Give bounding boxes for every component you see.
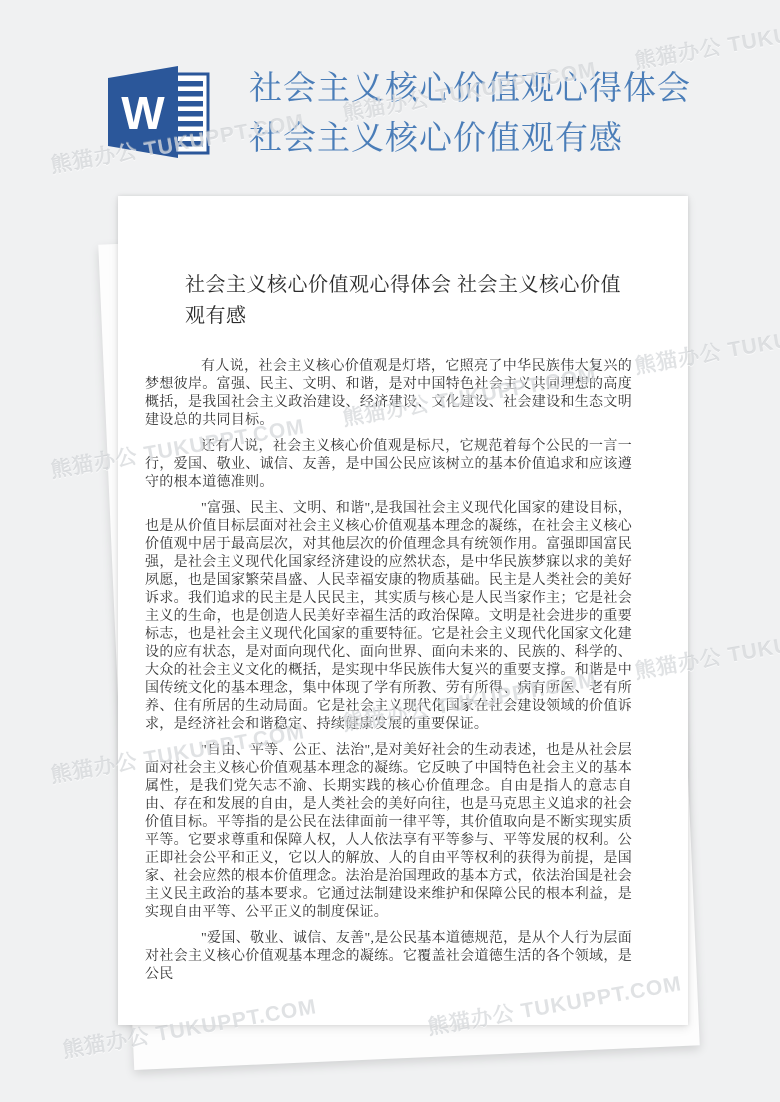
preview-title-line1: 社会主义核心价值观心得体会	[249, 63, 729, 113]
document-paragraph: "爱国、敬业、诚信、友善",是公民基本道德规范，是从个人行为层面对社会主义核心价…	[145, 930, 632, 984]
preview-title: 社会主义核心价值观心得体会 社会主义核心价值观有感	[249, 63, 729, 163]
document-paragraph: "富强、民主、文明、和谐",是我国社会主义现代化国家的建设目标，也是从价值目标层…	[145, 500, 632, 734]
document-paragraph: 还有人说，社会主义核心价值观是标尺，它规范着每个公民的一言一行，爱国、敬业、诚信…	[145, 438, 632, 492]
doc-preview-screenshot: { "header": { "icon": "word-document-ico…	[0, 0, 780, 1102]
header: W 社会主义核心价值观心得体会 社会主义核心价值观有感	[0, 0, 780, 196]
document-paragraph: 有人说，社会主义核心价值观是灯塔，它照亮了中华民族伟大复兴的梦想彼岸。富强、民主…	[145, 358, 632, 430]
document-page: 社会主义核心价值观心得体会 社会主义核心价值观有感 有人说，社会主义核心价值观是…	[118, 196, 688, 1025]
word-document-icon: W	[108, 57, 215, 168]
document-body: 有人说，社会主义核心价值观是灯塔，它照亮了中华民族伟大复兴的梦想彼岸。富强、民主…	[145, 358, 632, 984]
preview-title-line2: 社会主义核心价值观有感	[249, 113, 729, 163]
svg-text:W: W	[121, 87, 165, 139]
document-paragraph: "自由、平等、公正、法治",是对美好社会的生动表述，也是从社会层面对社会主义核心…	[145, 742, 632, 922]
document-title: 社会主义核心价值观心得体会 社会主义核心价值观有感	[185, 270, 632, 332]
